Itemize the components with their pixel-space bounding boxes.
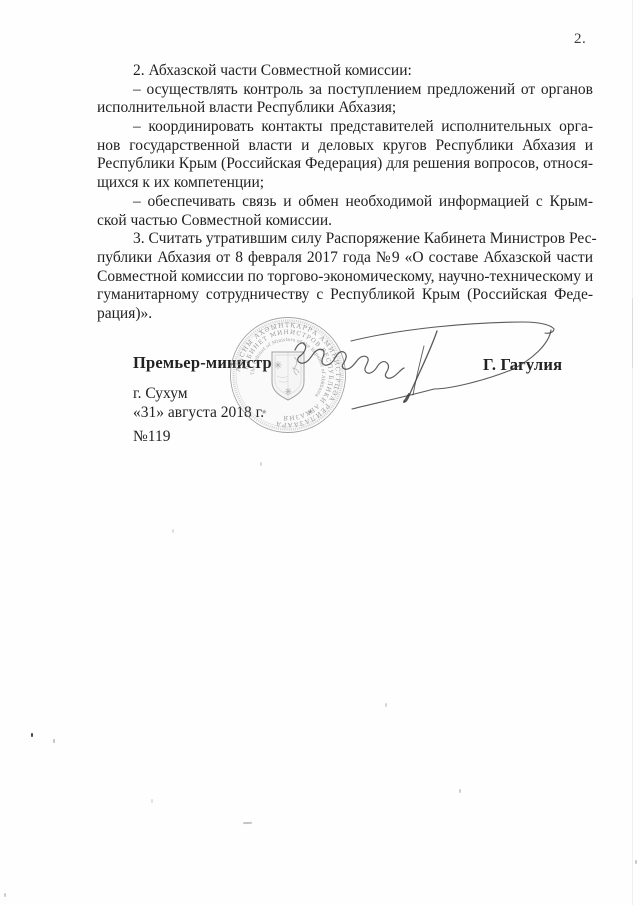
document-line: 2. Абхазской части Совместной комиссии: [97,62,593,81]
document-line: исполнительной власти Республики Абхазия… [97,99,593,118]
seal-coat-of-arms-icon [272,352,304,400]
document-line: ской частью Совместной комиссии. [97,212,593,231]
document-number: №119 [133,428,170,446]
document-page: 2. 2. Абхазской части Совместной комисси… [0,0,640,905]
scan-edge-artifact-dark [632,298,633,368]
scan-edge-artifact [632,0,633,905]
document-line: – обеспечивать связь и обмен необходимой… [97,193,593,212]
signer-title: Премьер-министр [133,353,272,373]
document-line: щихся к их компетенции; [97,174,593,193]
document-body: 2. Абхазской части Совместной комиссии:–… [97,62,593,324]
document-line: публики Абхазия от 8 февраля 2017 года №… [97,249,593,268]
scan-dash-artifact [243,822,252,824]
scan-dust-artifact [31,733,33,737]
document-line: Республики Крым (Российская Федерация) д… [97,155,593,174]
document-line: гуманитарному сотрудничеству с Республик… [97,286,593,305]
date-line: «31» августа 2018 г. [133,404,264,422]
document-line: Совместной комиссии по торгово-экономиче… [97,268,593,287]
document-line: рация)». [97,305,593,324]
page-number: 2. [574,31,586,48]
document-line: – координировать контакты представителей… [97,118,593,137]
signer-name: Г. Гагулия [483,355,562,375]
seal-star-right-icon: ★ [307,408,313,416]
place-line: г. Сухум [133,385,188,403]
document-line: – осуществлять контроль за поступлением … [97,81,593,100]
document-line: 3. Считать утратившим силу Распоряжение … [97,230,593,249]
document-line: нов государственной власти и деловых кру… [97,137,593,156]
